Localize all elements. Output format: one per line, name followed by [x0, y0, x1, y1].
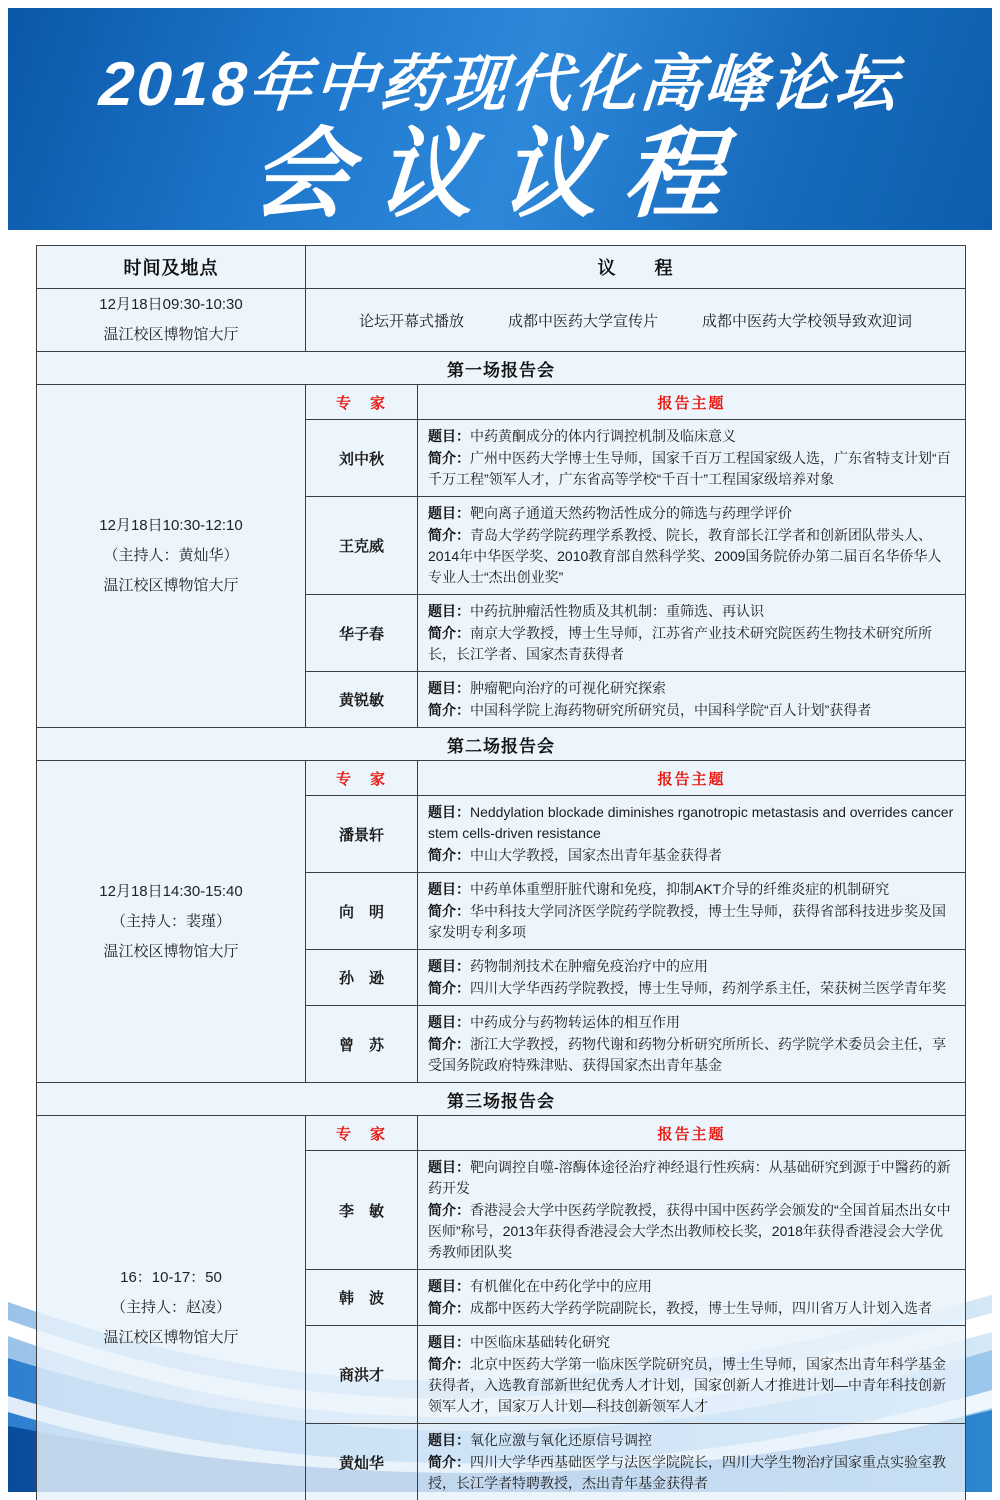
- topic-label: 题目：: [428, 958, 470, 974]
- col-header-time: 时间及地点: [37, 246, 306, 289]
- speaker-name: 商洪才: [306, 1326, 418, 1424]
- intro-text: 南京大学教授，博士生导师，江苏省产业技术研究院医药生物技术研究所所长，长江学者、…: [428, 625, 932, 662]
- speaker-name: 刘中秋: [306, 420, 418, 497]
- intro-label: 简介：: [428, 450, 470, 466]
- topic-text: 氧化应激与氧化还原信号调控: [470, 1432, 652, 1448]
- topic-label: 题目：: [428, 505, 470, 521]
- topic-label: 题目：: [428, 804, 470, 820]
- topic-label: 题目：: [428, 680, 470, 696]
- session-venue: 温江校区博物馆大厅: [38, 937, 304, 967]
- speaker-name: 曾 苏: [306, 1006, 418, 1083]
- topic-label: 题目：: [428, 603, 470, 619]
- speaker-name: 向 明: [306, 873, 418, 950]
- topic-text: 中药成分与药物转运体的相互作用: [470, 1014, 680, 1030]
- topic-label: 题目：: [428, 881, 470, 897]
- intro-label: 简介：: [428, 1036, 470, 1052]
- expert-header: 专 家: [306, 761, 418, 796]
- opening-item: 成都中医药大学宣传片: [508, 310, 658, 331]
- session1-time-cell: 12月18日10:30-12:10 （主持人：黄灿华） 温江校区博物馆大厅: [37, 385, 306, 728]
- intro-text: 浙江大学教授，药物代谢和药物分析研究所所长、药学院学术委员会主任，享受国务院政府…: [428, 1036, 946, 1073]
- intro-label: 简介：: [428, 1356, 470, 1372]
- topic-header: 报告主题: [418, 761, 966, 796]
- poster-subtitle: 会议议程: [8, 123, 992, 226]
- speaker-name: 华子春: [306, 595, 418, 672]
- opening-item: 成都中医药大学校领导致欢迎词: [702, 310, 912, 331]
- session-time: 12月18日14:30-15:40: [38, 877, 304, 907]
- intro-label: 简介：: [428, 625, 470, 641]
- section-bar-row: 第二场报告会: [37, 728, 966, 761]
- speaker-topic-cell: 题目：有机催化在中药化学中的应用 简介：成都中医药大学药学院副院长，教授，博士生…: [418, 1270, 966, 1326]
- opening-row: 12月18日09:30-10:30 温江校区博物馆大厅 论坛开幕式播放 成都中医…: [37, 289, 966, 352]
- topic-text: 有机催化在中药化学中的应用: [470, 1278, 652, 1294]
- intro-label: 简介：: [428, 903, 470, 919]
- intro-label: 简介：: [428, 1454, 470, 1470]
- opening-item: 论坛开幕式播放: [359, 310, 464, 331]
- topic-text: 中医临床基础转化研究: [470, 1334, 610, 1350]
- speaker-name: 黄锐敏: [306, 672, 418, 728]
- table-header-row: 时间及地点 议 程: [37, 246, 966, 289]
- speaker-name: 潘景轩: [306, 796, 418, 873]
- topic-label: 题目：: [428, 428, 470, 444]
- conference-agenda-poster: 2018年中药现代化高峰论坛 会议议程: [0, 0, 1000, 1500]
- topic-text: 药物制剂技术在肿瘤免疫治疗中的应用: [470, 958, 708, 974]
- section-title-3: 第三场报告会: [37, 1083, 966, 1116]
- speaker-topic-cell: 题目：中医临床基础转化研究 简介：北京中医药大学第一临床医学院研究员，博士生导师…: [418, 1326, 966, 1424]
- topic-text: 中药单体重塑肝脏代谢和免疫，抑制AKT介导的纤维炎症的机制研究: [470, 881, 889, 897]
- session-venue: 温江校区博物馆大厅: [38, 1323, 304, 1353]
- hero-header: 2018年中药现代化高峰论坛 会议议程: [8, 8, 992, 230]
- topic-label: 题目：: [428, 1432, 470, 1448]
- section-title-1: 第一场报告会: [37, 352, 966, 385]
- intro-label: 简介：: [428, 702, 470, 718]
- intro-label: 简介：: [428, 527, 470, 543]
- speaker-topic-cell: 题目：中药抗肿瘤活性物质及其机制：重筛选、再认识 简介：南京大学教授，博士生导师…: [418, 595, 966, 672]
- session3-time-cell: 16：10-17：50 （主持人：赵凌） 温江校区博物馆大厅: [37, 1116, 306, 1500]
- speaker-topic-cell: 题目：Neddylation blockade diminishes rgano…: [418, 796, 966, 873]
- session-host: （主持人：裴瑾）: [38, 907, 304, 937]
- intro-label: 简介：: [428, 980, 470, 996]
- intro-text: 北京中医药大学第一临床医学院研究员，博士生导师，国家杰出青年科学基金获得者，入选…: [428, 1356, 946, 1414]
- opening-agenda-cell: 论坛开幕式播放 成都中医药大学宣传片 成都中医药大学校领导致欢迎词: [306, 289, 966, 352]
- agenda-table: 时间及地点 议 程 12月18日09:30-10:30 温江校区博物馆大厅 论坛…: [36, 245, 966, 1500]
- topic-text: 中药黄酮成分的体内行调控机制及临床意义: [470, 428, 736, 444]
- speaker-name: 黄灿华: [306, 1424, 418, 1500]
- speaker-topic-cell: 题目：靶向调控自噬-溶酶体途径治疗神经退行性疾病：从基础研究到源于中醫药的新药开…: [418, 1151, 966, 1270]
- intro-text: 华中科技大学同济医学院药学院教授，博士生导师，获得省部科技进步奖及国家发明专利多…: [428, 903, 946, 940]
- intro-text: 四川大学华西基础医学与法医学院院长，四川大学生物治疗国家重点实验室教授，长江学者…: [428, 1454, 946, 1491]
- poster-title: 2018年中药现代化高峰论坛: [8, 34, 992, 123]
- topic-text: 靶向离子通道天然药物活性成分的筛选与药理学评价: [470, 505, 792, 521]
- section-bar-row: 第一场报告会: [37, 352, 966, 385]
- topic-text: Neddylation blockade diminishes rganotro…: [428, 804, 953, 841]
- speaker-name: 孙 逊: [306, 950, 418, 1006]
- speaker-topic-cell: 题目：药物制剂技术在肿瘤免疫治疗中的应用 简介：四川大学华西药学院教授，博士生导…: [418, 950, 966, 1006]
- topic-label: 题目：: [428, 1159, 470, 1175]
- speaker-topic-cell: 题目：中药单体重塑肝脏代谢和免疫，抑制AKT介导的纤维炎症的机制研究 简介：华中…: [418, 873, 966, 950]
- session2-time-cell: 12月18日14:30-15:40 （主持人：裴瑾） 温江校区博物馆大厅: [37, 761, 306, 1083]
- speaker-topic-cell: 题目：氧化应激与氧化还原信号调控 简介：四川大学华西基础医学与法医学院院长，四川…: [418, 1424, 966, 1500]
- topic-label: 题目：: [428, 1278, 470, 1294]
- session-venue: 温江校区博物馆大厅: [38, 571, 304, 601]
- intro-text: 中山大学教授，国家杰出青年基金获得者: [470, 847, 722, 863]
- session-host: （主持人：赵凌）: [38, 1293, 304, 1323]
- speaker-name: 李 敏: [306, 1151, 418, 1270]
- topic-label: 题目：: [428, 1014, 470, 1030]
- intro-label: 简介：: [428, 1300, 470, 1316]
- topic-header: 报告主题: [418, 385, 966, 420]
- opening-time: 12月18日09:30-10:30: [38, 290, 304, 320]
- session2-subheader-row: 12月18日14:30-15:40 （主持人：裴瑾） 温江校区博物馆大厅 专 家…: [37, 761, 966, 796]
- intro-text: 四川大学华西药学院教授，博士生导师，药剂学系主任，荣获树兰医学青年奖: [470, 980, 946, 996]
- intro-text: 青岛大学药学院药理学系教授、院长，教育部长江学者和创新团队带头人、2014年中华…: [428, 527, 941, 585]
- opening-time-cell: 12月18日09:30-10:30 温江校区博物馆大厅: [37, 289, 306, 352]
- opening-venue: 温江校区博物馆大厅: [38, 320, 304, 350]
- session1-subheader-row: 12月18日10:30-12:10 （主持人：黄灿华） 温江校区博物馆大厅 专 …: [37, 385, 966, 420]
- section-bar-row: 第三场报告会: [37, 1083, 966, 1116]
- speaker-name: 王克威: [306, 497, 418, 595]
- intro-text: 广州中医药大学博士生导师，国家千百万工程国家级人选，广东省特支计划“百千万工程”…: [428, 450, 951, 487]
- intro-text: 中国科学院上海药物研究所研究员，中国科学院“百人计划”获得者: [470, 702, 871, 718]
- expert-header: 专 家: [306, 385, 418, 420]
- topic-text: 中药抗肿瘤活性物质及其机制：重筛选、再认识: [470, 603, 764, 619]
- topic-text: 肿瘤靶向治疗的可视化研究探索: [470, 680, 666, 696]
- speaker-topic-cell: 题目：中药成分与药物转运体的相互作用 简介：浙江大学教授，药物代谢和药物分析研究…: [418, 1006, 966, 1083]
- col-header-agenda: 议 程: [306, 246, 966, 289]
- session-time: 16：10-17：50: [38, 1263, 304, 1293]
- topic-header: 报告主题: [418, 1116, 966, 1151]
- intro-label: 简介：: [428, 847, 470, 863]
- speaker-topic-cell: 题目：肿瘤靶向治疗的可视化研究探索 简介：中国科学院上海药物研究所研究员，中国科…: [418, 672, 966, 728]
- topic-text: 靶向调控自噬-溶酶体途径治疗神经退行性疾病：从基础研究到源于中醫药的新药开发: [428, 1159, 951, 1196]
- speaker-name: 韩 波: [306, 1270, 418, 1326]
- topic-label: 题目：: [428, 1334, 470, 1350]
- session-time: 12月18日10:30-12:10: [38, 511, 304, 541]
- speaker-topic-cell: 题目：中药黄酮成分的体内行调控机制及临床意义 简介：广州中医药大学博士生导师，国…: [418, 420, 966, 497]
- speaker-topic-cell: 题目：靶向离子通道天然药物活性成分的筛选与药理学评价 简介：青岛大学药学院药理学…: [418, 497, 966, 595]
- session3-subheader-row: 16：10-17：50 （主持人：赵凌） 温江校区博物馆大厅 专 家 报告主题: [37, 1116, 966, 1151]
- expert-header: 专 家: [306, 1116, 418, 1151]
- intro-text: 成都中医药大学药学院副院长，教授，博士生导师，四川省万人计划入选者: [470, 1300, 932, 1316]
- section-title-2: 第二场报告会: [37, 728, 966, 761]
- intro-text: 香港浸会大学中医药学院教授，获得中国中医药学会颁发的“全国首届杰出女中医师”称号…: [428, 1202, 951, 1260]
- session-host: （主持人：黄灿华）: [38, 541, 304, 571]
- intro-label: 简介：: [428, 1202, 470, 1218]
